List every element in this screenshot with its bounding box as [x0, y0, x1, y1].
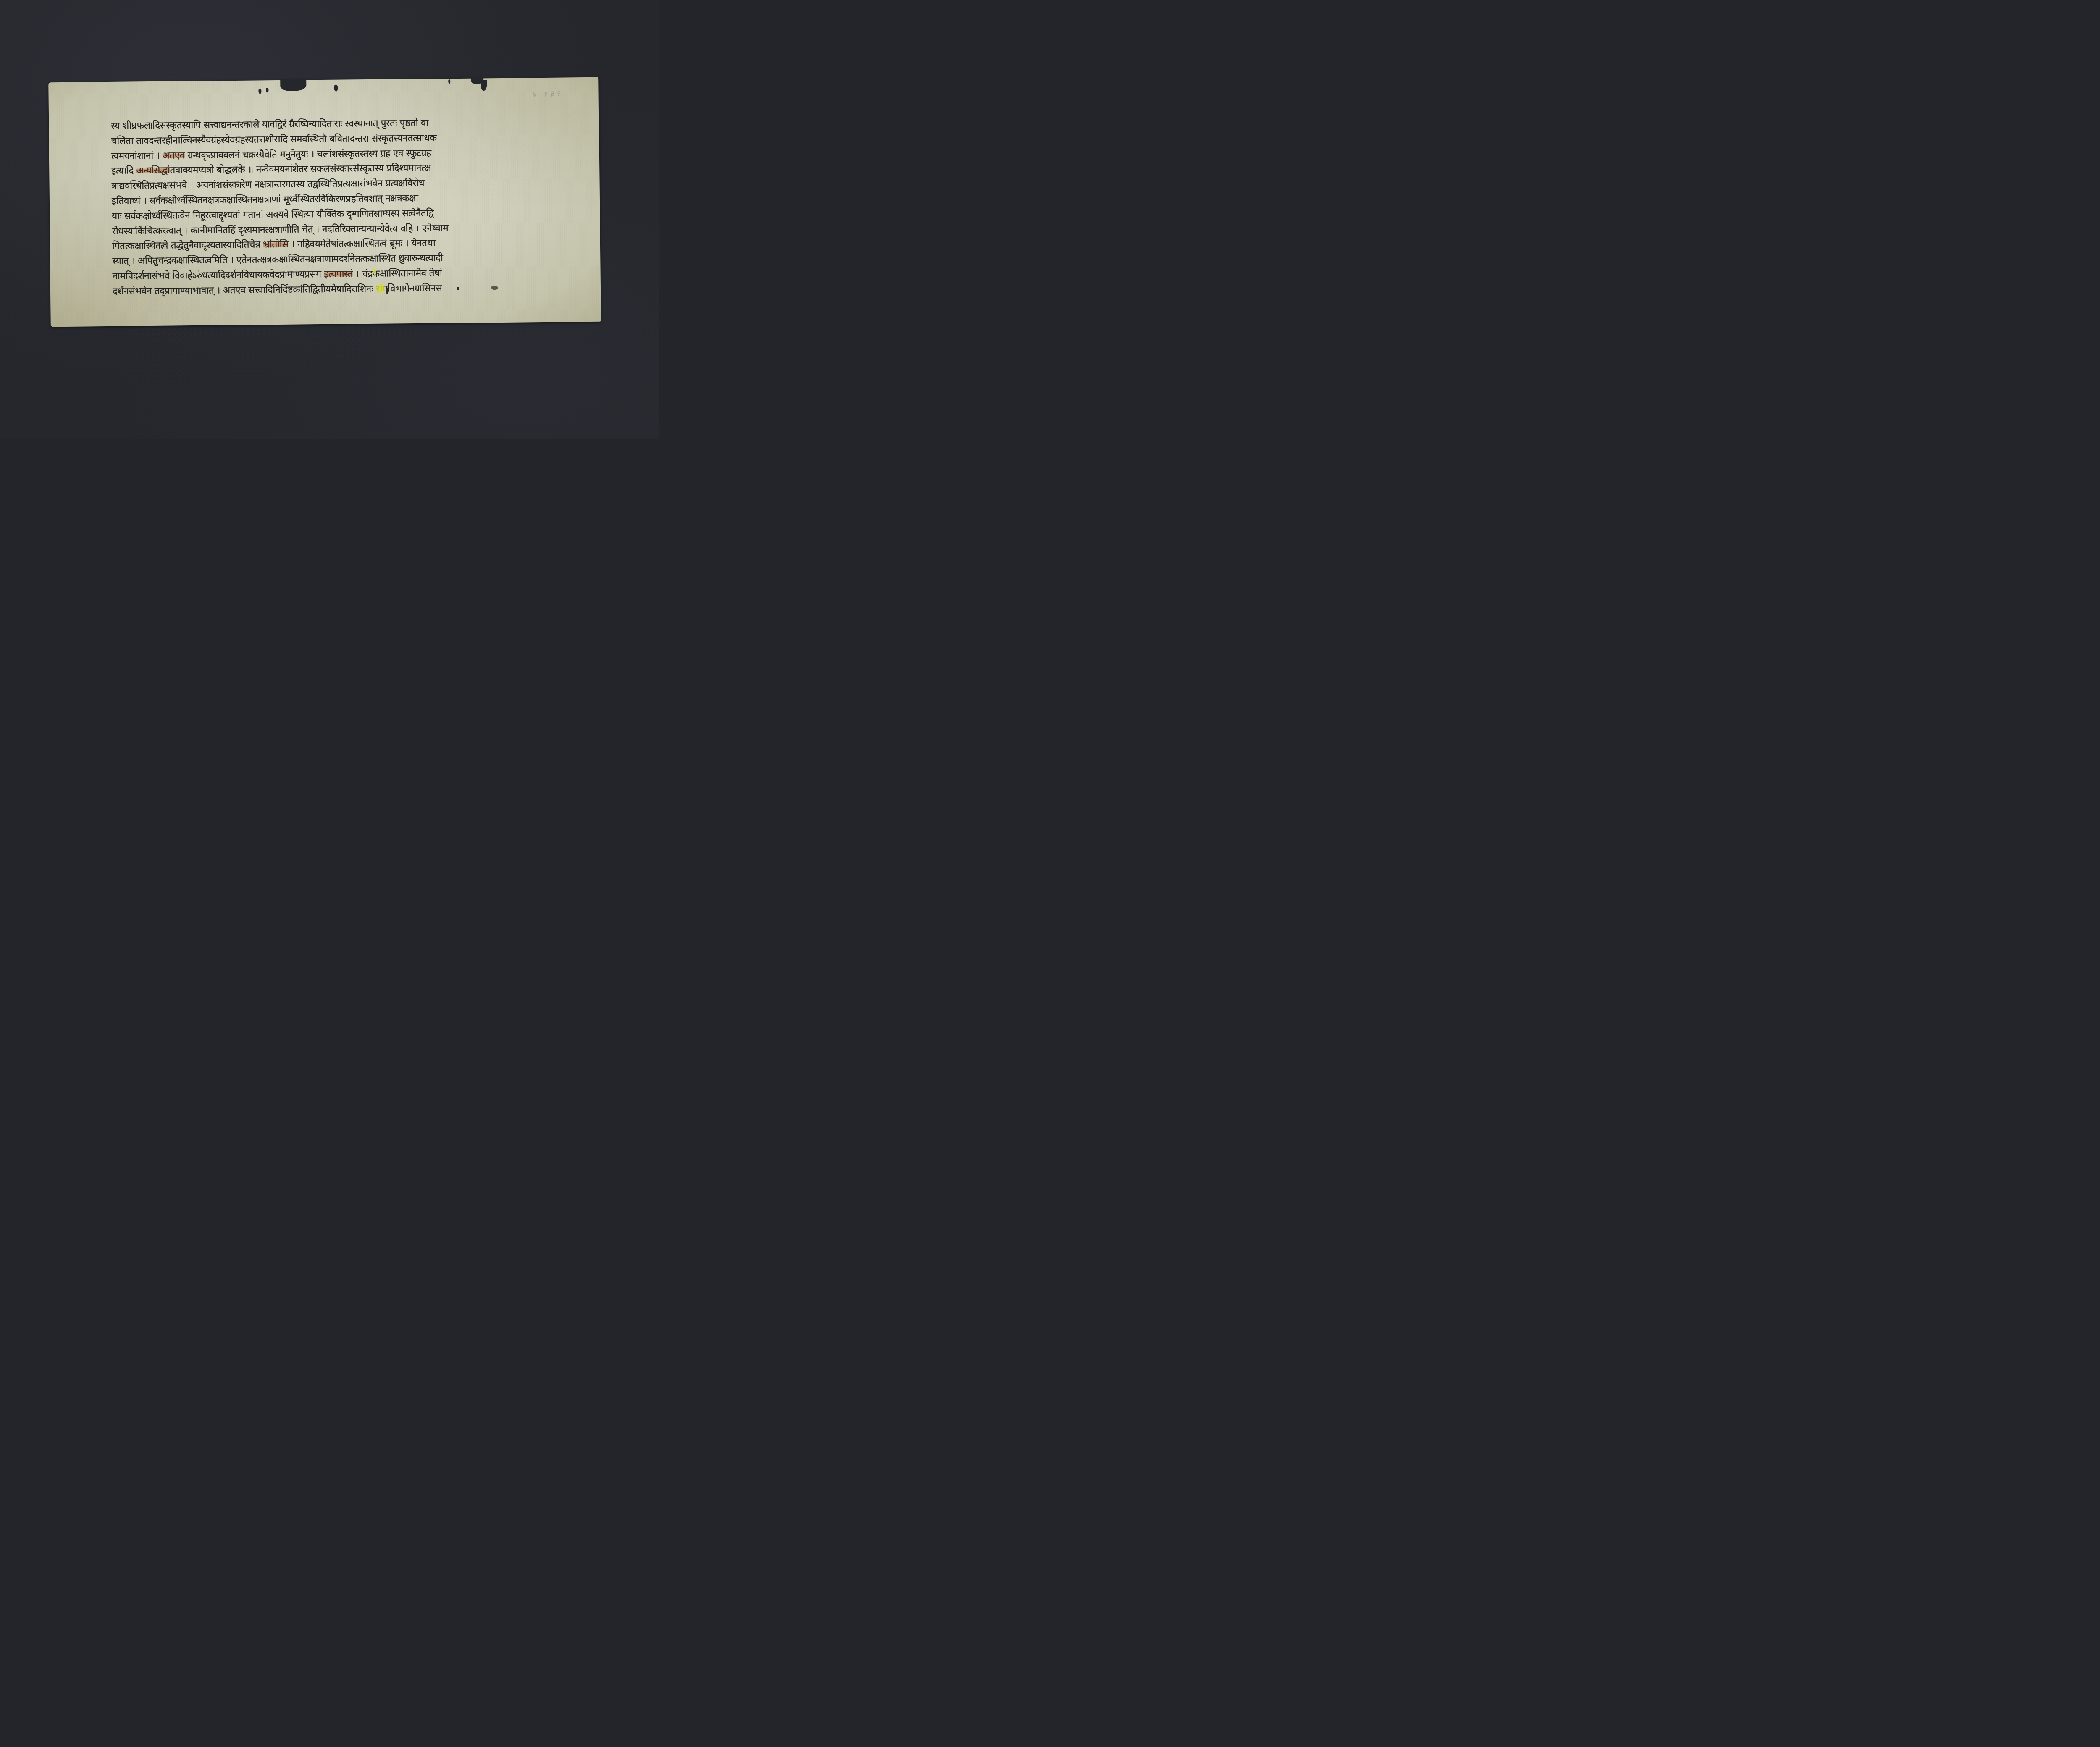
- line-text: इतिवाच्यं । सर्वकक्षोर्ध्वस्थितनक्षत्रकक…: [112, 193, 418, 207]
- line-text: पितत्कक्षास्थितत्वे तद्धेतुनैवादृश्यतास्…: [112, 239, 263, 252]
- damage-hole: [280, 78, 306, 91]
- damage-hole: [258, 89, 261, 94]
- line-text: ग्रन्थकृत्प्राक्वलनं चक्रस्यैवेति मनुनेत…: [185, 147, 431, 161]
- ink-blot: [457, 287, 459, 290]
- line-text: रोधस्याकिंचित्करत्वात् । कानीमानितर्हि द…: [112, 223, 449, 237]
- line-text: स्यात् । अपितुचन्द्रकक्षास्थितत्वमिति । …: [112, 252, 443, 267]
- ink-stroke: [386, 288, 388, 294]
- ink-blot: [491, 286, 498, 290]
- line-text: इत्यादि: [111, 165, 136, 177]
- manuscript-text-block: स्य शीघ्रफलादिसंस्कृतस्यापि सत्त्वाद्यनन…: [111, 115, 558, 299]
- line-text: दर्शनसंभवेन तद्प्रामाण्याभावात् । अतएव स…: [113, 283, 442, 297]
- line-text: तवाक्यमप्यत्रो बोद्धलके ॥ नन्वेवमयनांशेत…: [170, 163, 431, 176]
- line-text: त्वमयनांशानां ।: [111, 150, 163, 161]
- rubric-text: इत्यपास्तं: [324, 268, 353, 280]
- line-text: चलिता तावदन्तरहीनाल्विनस्यैवग्रंहस्यैवग्…: [111, 132, 436, 146]
- line-text: स्य शीघ्रफलादिसंस्कृतस्यापि सत्त्वाद्यनन…: [111, 118, 428, 131]
- rubric-text: अतएव: [162, 150, 185, 161]
- yellow-correction-mark: [376, 284, 385, 293]
- damage-hole: [448, 79, 450, 84]
- line-text: । चंद्रकक्षास्थितानामेव तेषां: [353, 268, 442, 279]
- damage-hole: [266, 88, 268, 92]
- line-text: । नहिवयमेतेषांतत्कक्षास्थितत्वं ब्रूमः ।…: [288, 238, 435, 250]
- bleed-through-text: २६९ ३: [464, 89, 561, 100]
- rubric-text: भ्रांतोसि: [263, 239, 288, 250]
- rubric-text: अन्यसिद्धां: [136, 165, 170, 176]
- line-text: याः सर्वकक्षोर्ध्वस्थितत्वेन निहूरत्वाद्…: [112, 207, 434, 221]
- yellow-correction-mark: [373, 268, 376, 274]
- manuscript-folio: २६९ ३ स्य शीघ्रफलादिसंस्कृतस्यापि सत्त्व…: [48, 77, 601, 327]
- damage-hole: [334, 85, 338, 92]
- line-text: नामपिदर्शनासंभवे विवाहेऽरुंधत्यादिदर्शनव…: [113, 269, 324, 282]
- line-text: त्राद्यवस्थितिप्रत्यक्षसंभवे । अयनांशसंस…: [111, 178, 424, 191]
